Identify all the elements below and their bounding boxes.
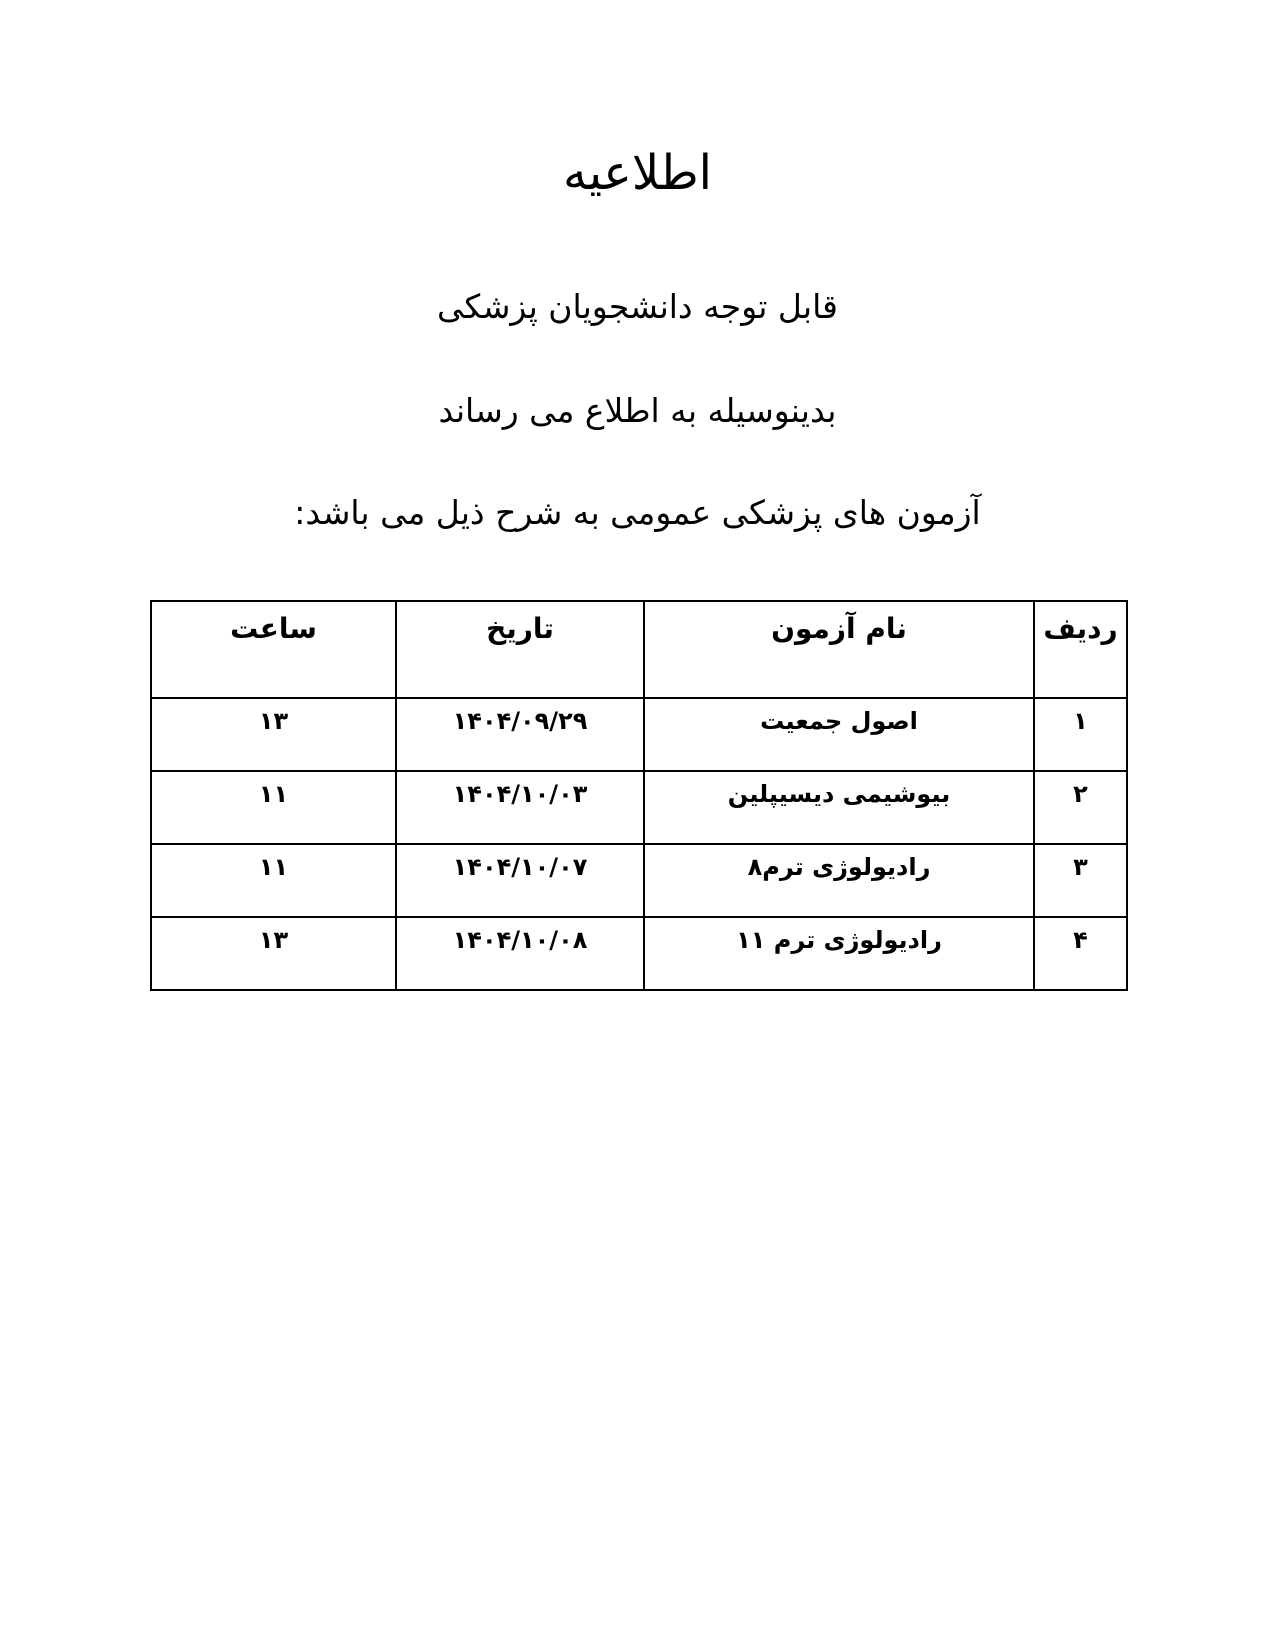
exam-name-cell: رادیولوژی ترم ۱۱ [644, 917, 1034, 990]
column-header-date: تاریخ [396, 601, 644, 698]
notice-line-hereby: بدینوسیله به اطلاع می رساند [0, 386, 1275, 436]
table-row: ۳ رادیولوژی ترم۸ ۱۴۰۴/۱۰/۰۷ ۱۱ [151, 844, 1127, 917]
exam-name-cell: بیوشیمی دیسیپلین [644, 771, 1034, 844]
row-number-cell: ۲ [1034, 771, 1127, 844]
exam-table-body: ۱ اصول جمعیت ۱۴۰۴/۰۹/۲۹ ۱۳ ۲ بیوشیمی دیس… [151, 698, 1127, 990]
column-header-row-number: ردیف [1034, 601, 1127, 698]
row-number-cell: ۳ [1034, 844, 1127, 917]
exam-time-cell: ۱۱ [151, 771, 396, 844]
table-row: ۴ رادیولوژی ترم ۱۱ ۱۴۰۴/۱۰/۰۸ ۱۳ [151, 917, 1127, 990]
notice-line-exams-intro: آزمون های پزشکی عمومی به شرح ذیل می باشد… [0, 488, 1275, 538]
row-number-cell: ۴ [1034, 917, 1127, 990]
table-row: ۲ بیوشیمی دیسیپلین ۱۴۰۴/۱۰/۰۳ ۱۱ [151, 771, 1127, 844]
column-header-exam-name: نام آزمون [644, 601, 1034, 698]
exam-date-cell: ۱۴۰۴/۱۰/۰۷ [396, 844, 644, 917]
exam-date-cell: ۱۴۰۴/۰۹/۲۹ [396, 698, 644, 771]
table-header-row: ردیف نام آزمون تاریخ ساعت [151, 601, 1127, 698]
row-number-cell: ۱ [1034, 698, 1127, 771]
exam-name-cell: اصول جمعیت [644, 698, 1034, 771]
exam-name-cell: رادیولوژی ترم۸ [644, 844, 1034, 917]
exam-date-cell: ۱۴۰۴/۱۰/۰۳ [396, 771, 644, 844]
exam-time-cell: ۱۳ [151, 917, 396, 990]
page-title: اطلاعیه [0, 138, 1275, 208]
exam-time-cell: ۱۱ [151, 844, 396, 917]
notice-line-attention: قابل توجه دانشجویان پزشکی [0, 282, 1275, 332]
announcement-page: اطلاعیه قابل توجه دانشجویان پزشکی بدینوس… [0, 0, 1275, 1650]
column-header-time: ساعت [151, 601, 396, 698]
table-row: ۱ اصول جمعیت ۱۴۰۴/۰۹/۲۹ ۱۳ [151, 698, 1127, 771]
exam-schedule-table: ردیف نام آزمون تاریخ ساعت ۱ اصول جمعیت ۱… [150, 600, 1128, 991]
exam-time-cell: ۱۳ [151, 698, 396, 771]
exam-date-cell: ۱۴۰۴/۱۰/۰۸ [396, 917, 644, 990]
